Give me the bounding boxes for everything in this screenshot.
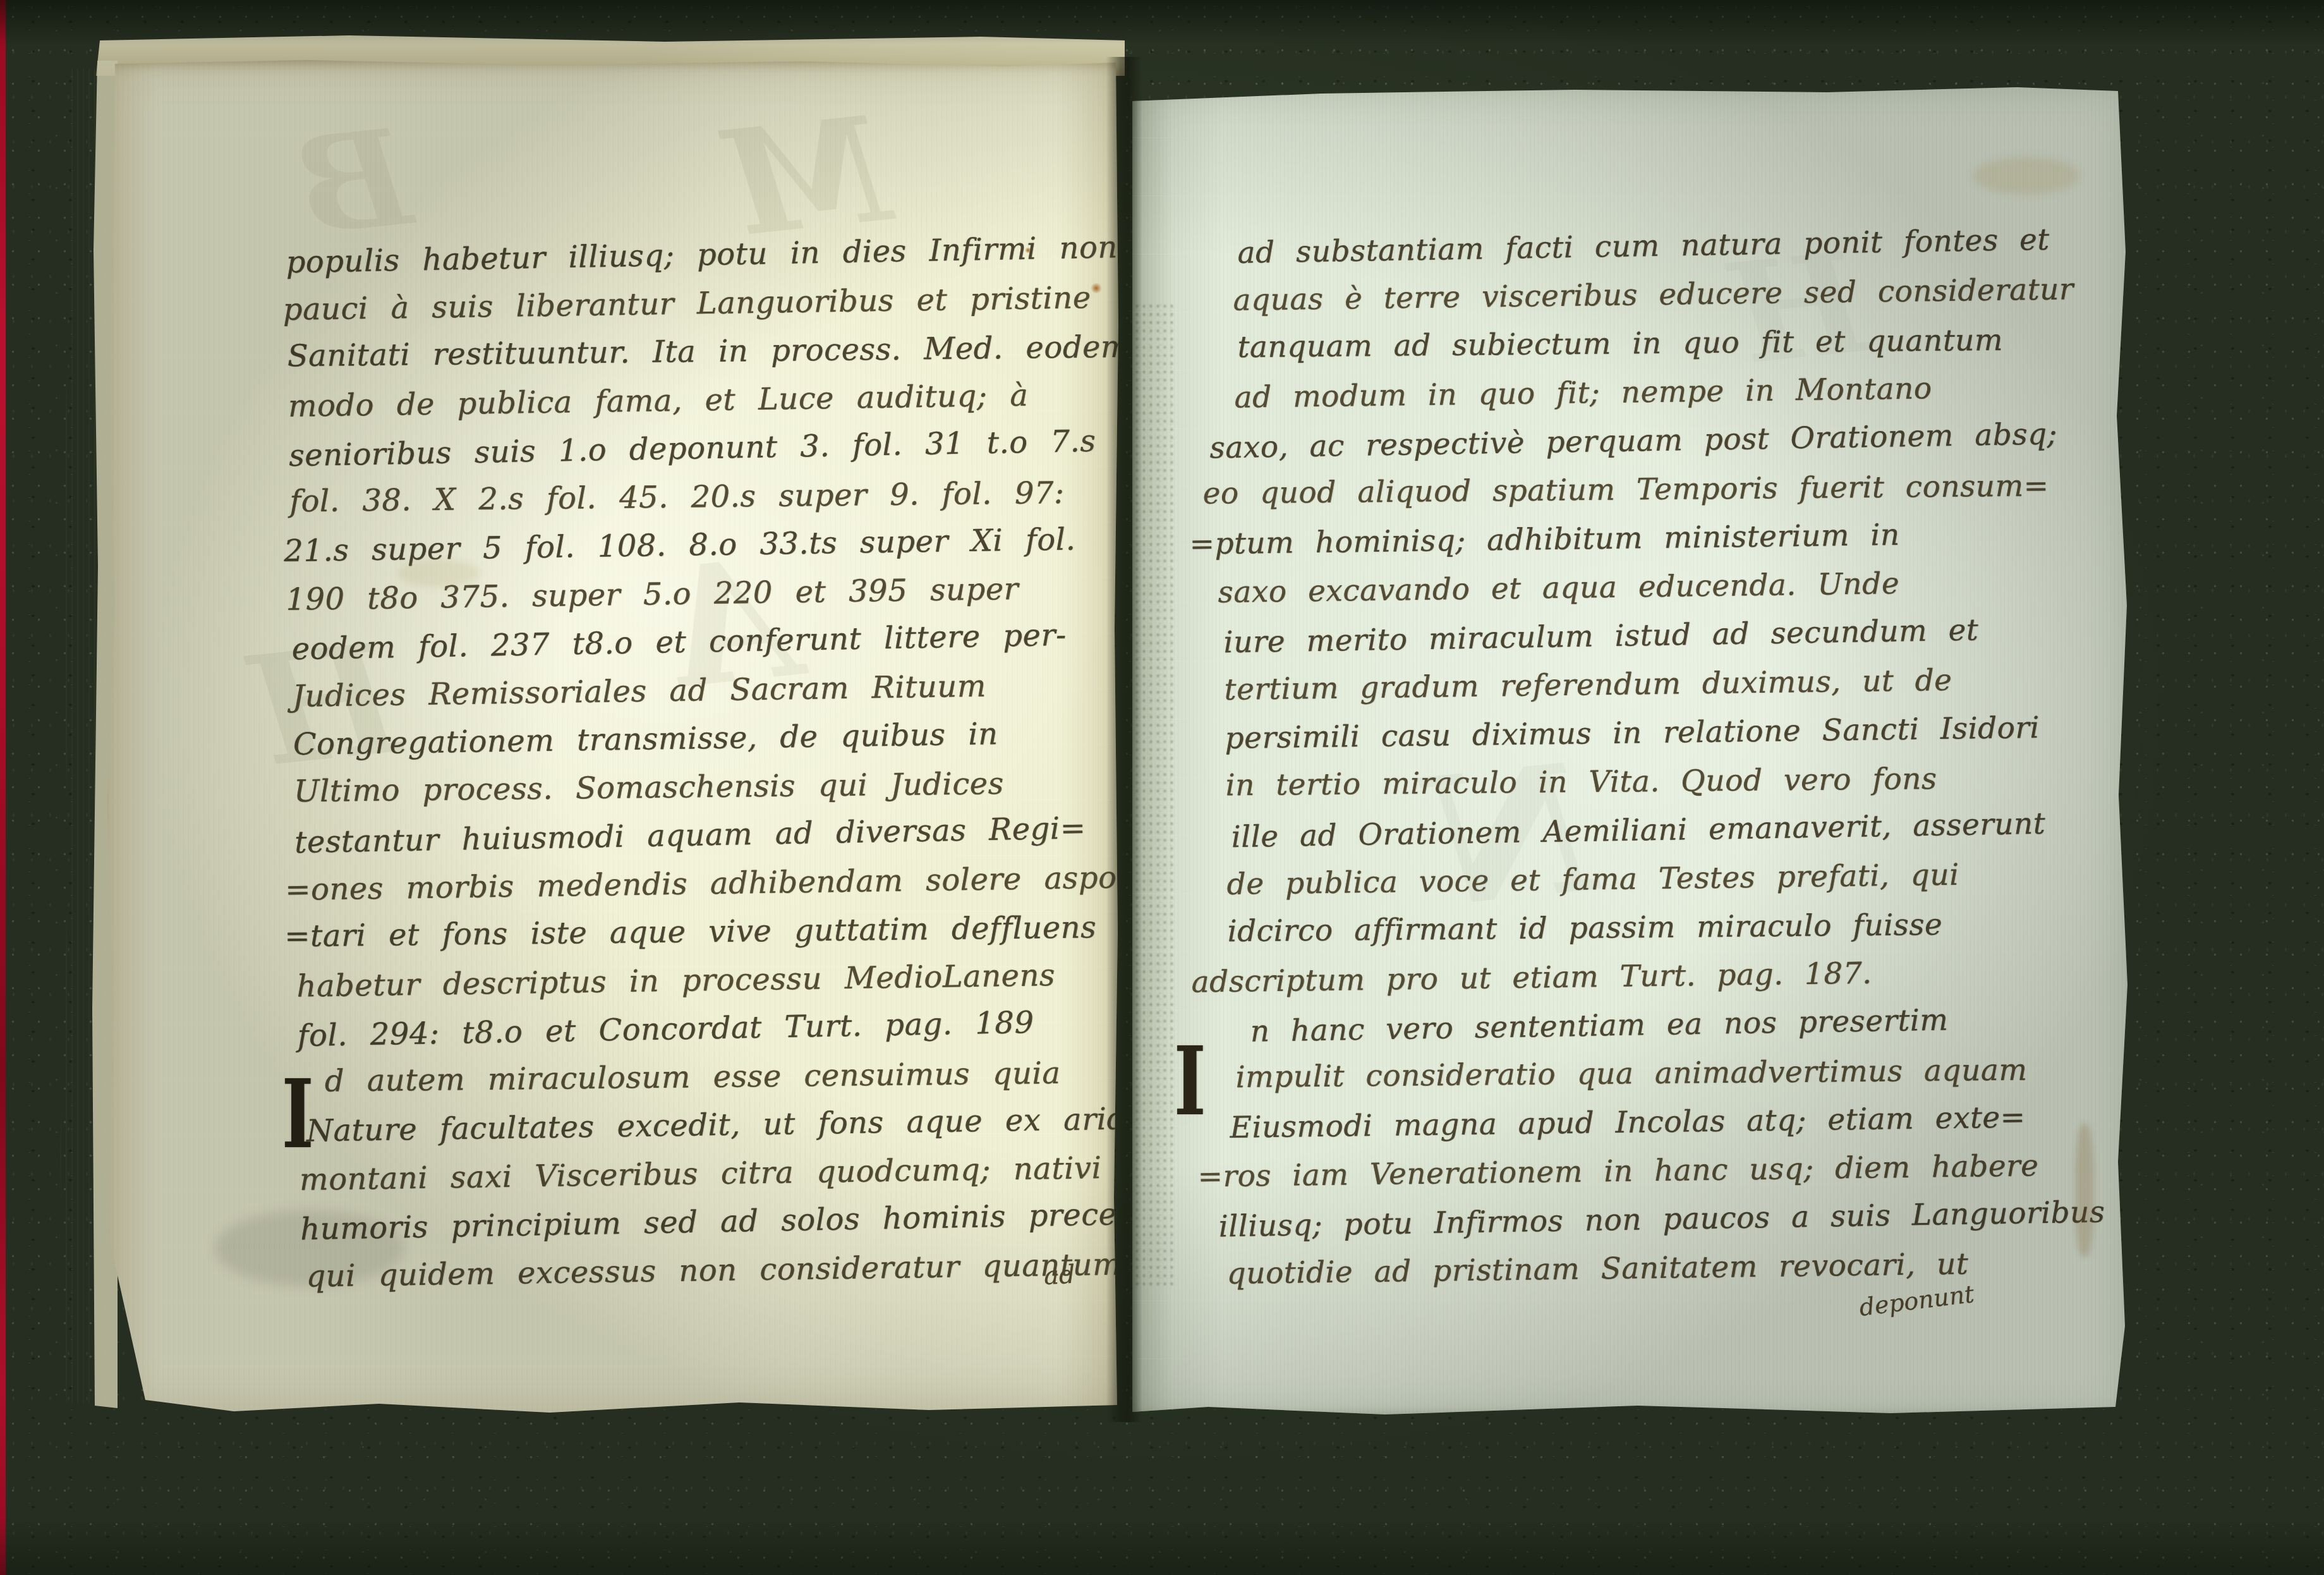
foxing-stain [1973,157,2080,195]
initial-capital: I [1174,1034,1206,1129]
manuscript-line: idcirco affirmant id passim miraculo fui… [1227,899,2081,956]
right-page-text: ad substantiam facti cum natura ponit fo… [1218,216,2085,1298]
manuscript-line: impulit consideratio qua animadvertimus … [1235,1045,2083,1102]
manuscript-line: =tari et fons iste aque vive guttatim de… [284,903,1137,961]
manuscript-line: Sanitati restituuntur. Ita in process. M… [287,323,1128,380]
left-page: B M A H populis habetur illiusq; potu in… [107,60,1118,1413]
initial-capital: I [282,1067,314,1162]
red-fore-edge-strip [0,0,6,1575]
manuscript-line: fol. 38. X 2.s fol. 45. 20.s super 9. fo… [289,468,1130,525]
manuscript-line: eo quod aliquod spatium Temporis fuerit … [1202,461,2075,518]
manuscript-line: d autem miraculosum esse censuimus quia [324,1048,1139,1105]
left-page-text: populis habetur illiusq; potu in dies In… [286,224,1142,1301]
manuscript-line: tanquam ad subiectum in quo fit et quant… [1237,315,2073,372]
book-gutter-shadow [1106,57,1142,1422]
catchword: ad [1043,1260,1076,1291]
right-page: N H ad substantiam facti cum natura poni… [1132,87,2127,1418]
manuscript-photo: B M A H populis habetur illiusq; potu in… [0,0,2324,1575]
